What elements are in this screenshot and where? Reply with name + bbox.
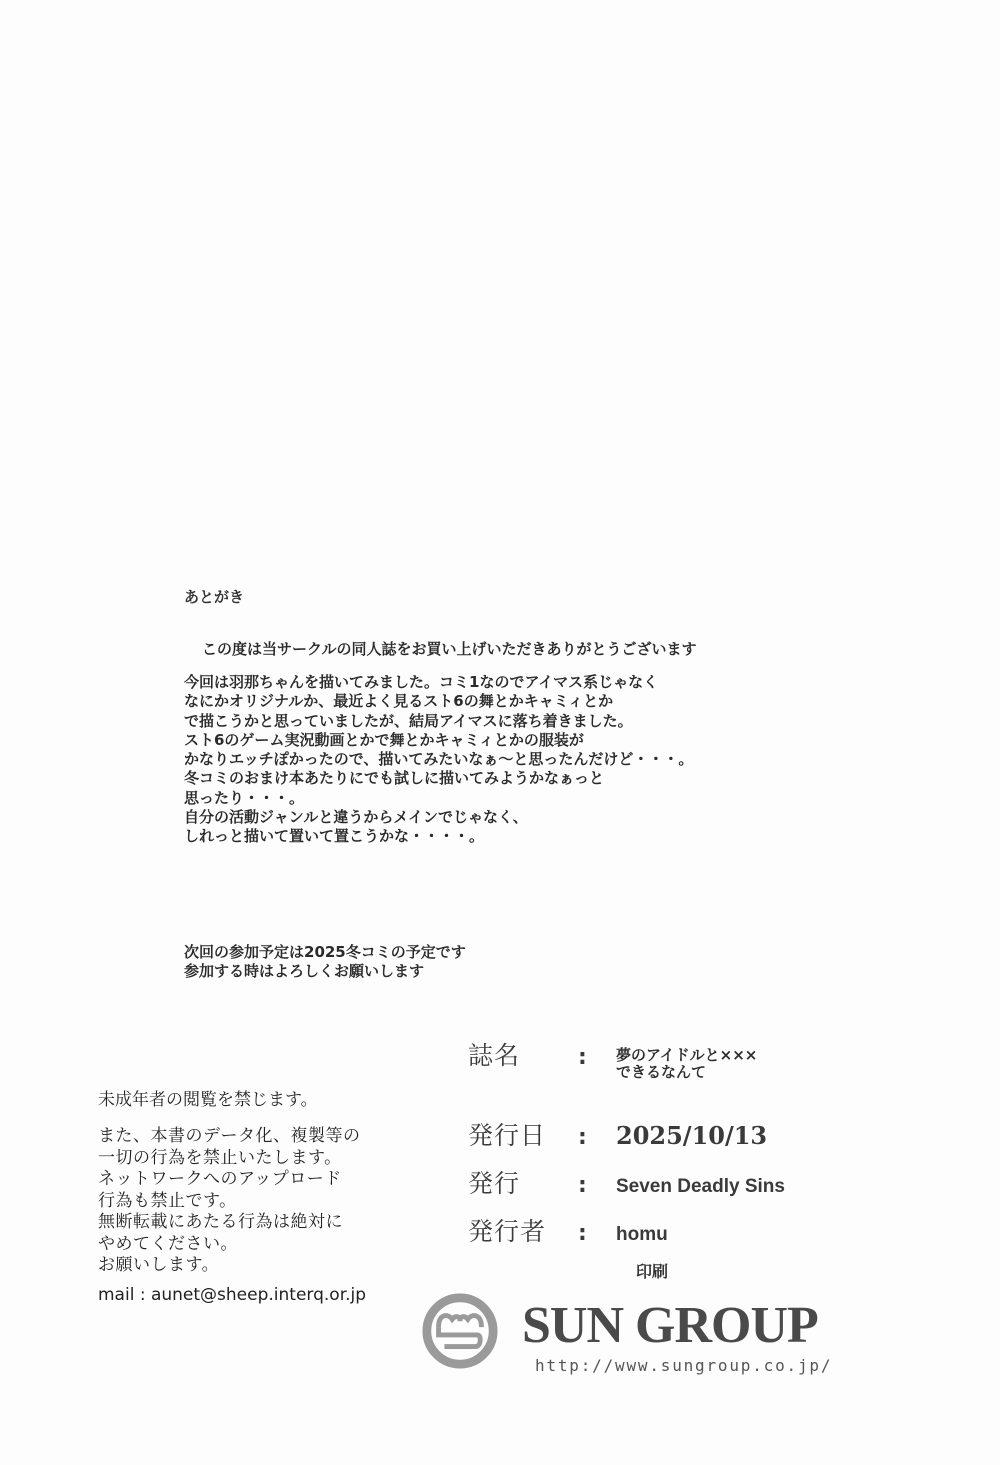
thanks-message: この度は当サークルの同人誌をお買い上げいただきありがとうございます — [202, 638, 697, 659]
printer-url: http://www.sungroup.co.jp/ — [535, 1356, 832, 1375]
contact-mail: mail : aunet@sheep.interq.or.jp — [98, 1285, 366, 1305]
publish-date: 2025/10/13 — [616, 1121, 767, 1150]
printer-name: SUN GROUP — [522, 1300, 818, 1352]
next-event-line: 次回の参加予定は2025冬コミの予定です — [184, 943, 466, 962]
afterword-line: なにかオリジナルか、最近よく見るスト6の舞とかキャミィとか — [184, 692, 693, 711]
book-title: 夢のアイドルと××× できるなんて — [616, 1047, 757, 1081]
next-event-line: 参加する時はよろしくお願いします — [184, 962, 466, 981]
afterword-line: しれっと描いて置いて置こうかな・・・・。 — [184, 827, 693, 846]
colon: : — [578, 1221, 616, 1246]
notice-line: 無断転載にあたる行為は絶対に — [98, 1212, 361, 1234]
colophon-date-row: 発行日 : 2025/10/13 — [468, 1116, 767, 1152]
colon: : — [578, 1125, 616, 1150]
book-title-line: 夢のアイドルと××× — [616, 1047, 757, 1064]
author-name: homu — [616, 1224, 668, 1246]
afterword-line: かなりエッチぽかったので、描いてみたいなぁ～と思ったんだけど・・・。 — [184, 750, 693, 769]
next-event-notice: 次回の参加予定は2025冬コミの予定です 参加する時はよろしくお願いします — [184, 943, 466, 981]
date-label: 発行日 — [468, 1116, 578, 1152]
colophon-publisher-row: 発行 : Seven Deadly Sins — [468, 1164, 785, 1200]
afterword-line: 今回は羽那ちゃんを描いてみました。コミ1なのでアイマス系じゃなく — [184, 673, 693, 692]
copyright-notice: また、本書のデータ化、複製等の 一切の行為を禁止いたします。 ネットワークへのア… — [98, 1126, 361, 1277]
afterword-line: 冬コミのおまけ本あたりにでも試しに描いてみようかなぁっと — [184, 769, 693, 788]
notice-line: やめてください。 — [98, 1234, 361, 1256]
colophon-title-row: 誌名 : 夢のアイドルと××× できるなんて — [468, 1036, 757, 1085]
colon: : — [578, 1173, 616, 1198]
notice-line: お願いします。 — [98, 1255, 361, 1277]
printing-label: 印刷 — [636, 1259, 668, 1282]
publisher-name: Seven Deadly Sins — [616, 1176, 785, 1198]
afterword-line: 思ったり・・・。 — [184, 789, 693, 808]
notice-line: また、本書のデータ化、複製等の — [98, 1126, 361, 1148]
title-label: 誌名 — [468, 1036, 578, 1072]
notice-line: 行為も禁止です。 — [98, 1191, 361, 1213]
colon: : — [578, 1045, 616, 1070]
notice-line: 一切の行為を禁止いたします。 — [98, 1148, 361, 1170]
afterword-line: スト6のゲーム実況動画とかで舞とかキャミィとかの服装が — [184, 731, 693, 750]
afterword-title: あとがき — [184, 586, 244, 607]
publisher-label: 発行 — [468, 1164, 578, 1200]
colophon-author-row: 発行者 : homu — [468, 1212, 668, 1248]
age-restriction-notice: 未成年者の閲覧を禁じます。 — [98, 1085, 318, 1110]
notice-line: ネットワークへのアップロード — [98, 1169, 361, 1191]
afterword-body: 今回は羽那ちゃんを描いてみました。コミ1なのでアイマス系じゃなく なにかオリジナ… — [184, 673, 693, 847]
author-label: 発行者 — [468, 1212, 578, 1248]
book-title-line: できるなんて — [616, 1064, 757, 1081]
afterword-line: で描こうかと思っていましたが、結局アイマスに落ち着きました。 — [184, 712, 693, 731]
sun-group-logo-icon — [421, 1292, 499, 1370]
afterword-line: 自分の活動ジャンルと違うからメインでじゃなく、 — [184, 808, 693, 827]
